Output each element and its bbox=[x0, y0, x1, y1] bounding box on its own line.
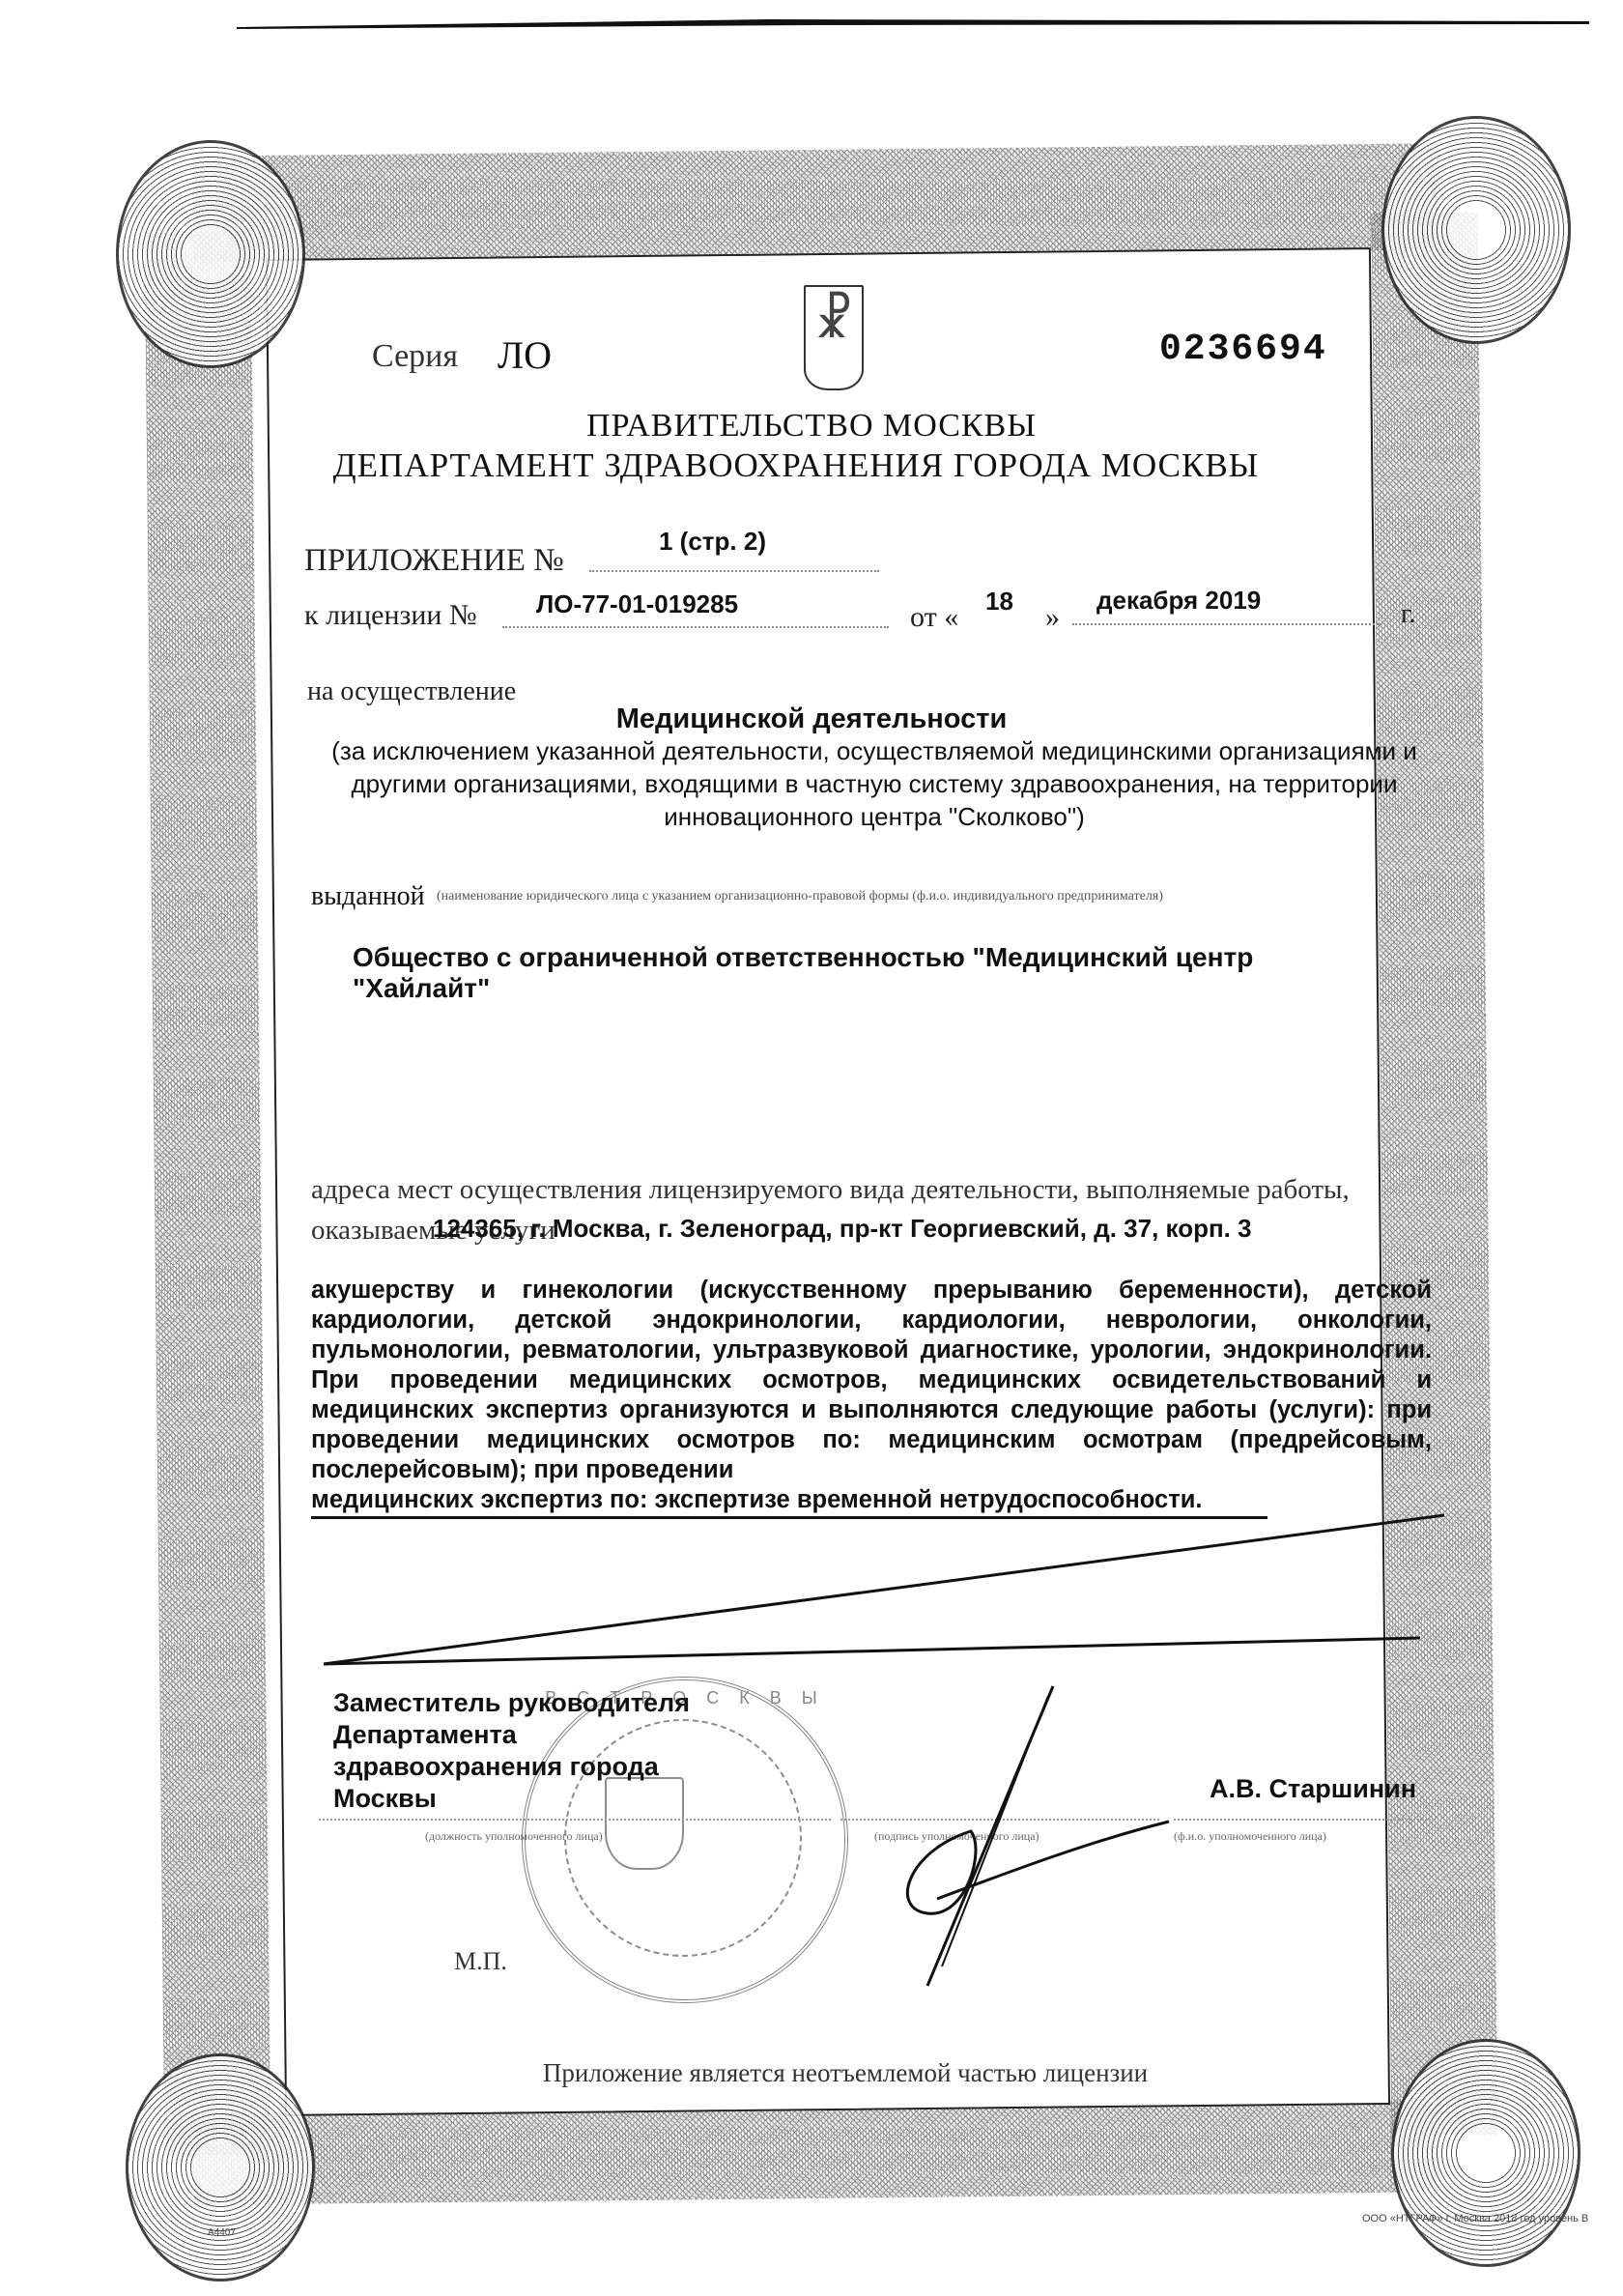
form-code: А4407 bbox=[208, 2227, 236, 2238]
government-title: ПРАВИТЕЛЬСТВО МОСКВЫ bbox=[0, 408, 1623, 445]
border-ornament-top bbox=[192, 143, 1439, 263]
signatory-position: Заместитель руководителя Департамента зд… bbox=[333, 1687, 690, 1815]
address-value: 124365, г. Москва, г. Зеленоград, пр-кт … bbox=[433, 1214, 1252, 1244]
rosette-ornament-icon bbox=[1381, 116, 1571, 344]
appendix-dotline bbox=[589, 570, 879, 572]
license-date-prefix: от « bbox=[910, 601, 958, 634]
license-day: 18 bbox=[985, 587, 1013, 617]
license-date-mid: » bbox=[1045, 601, 1060, 634]
appendix-label: ПРИЛОЖЕНИЕ № bbox=[304, 543, 564, 579]
issued-to-hint: (наименование юридического лица с указан… bbox=[437, 889, 1163, 904]
license-dotline bbox=[502, 626, 889, 628]
border-ornament-left bbox=[145, 231, 271, 2155]
activity-name: Медицинской деятельности bbox=[0, 703, 1623, 735]
activity-note: (за исключением указанной деятельности, … bbox=[295, 734, 1454, 833]
series-label: Серия bbox=[372, 338, 458, 375]
license-year-suffix: г. bbox=[1401, 599, 1415, 630]
appendix-number: 1 (стр. 2) bbox=[659, 527, 766, 557]
serial-number: 0236694 bbox=[1159, 329, 1327, 370]
coat-of-arms-icon: ☧ bbox=[804, 285, 864, 390]
footer-note: Приложение является неотъемлемой частью … bbox=[34, 2058, 1623, 2088]
rosette-ornament-icon bbox=[116, 140, 305, 368]
series-value: ЛО bbox=[498, 332, 552, 378]
position-hint: (должность уполномоченного лица) bbox=[425, 1829, 603, 1844]
license-label: к лицензии № bbox=[304, 599, 477, 632]
license-number: ЛО-77-01-019285 bbox=[536, 589, 738, 619]
stamp-mark: М.П. bbox=[454, 1947, 507, 1976]
printer-imprint: ООО «НТГРАФ» г. Москва 2018 год уровень … bbox=[1362, 2213, 1588, 2224]
services-list: акушерству и гинекологии (искусственному… bbox=[311, 1276, 1432, 1485]
department-title: ДЕПАРТАМЕНТ ЗДРАВООХРАНЕНИЯ ГОРОДА МОСКВ… bbox=[0, 446, 1608, 485]
services-last-line: медицинских экспертиз по: экспертизе вре… bbox=[311, 1486, 1267, 1519]
issued-to-label: выданной bbox=[311, 881, 425, 912]
license-date-dotline bbox=[1072, 623, 1381, 625]
license-month-year: декабря 2019 bbox=[1096, 586, 1261, 616]
handwritten-signature bbox=[850, 1677, 1217, 1995]
signatory-name: А.В. Старшинин bbox=[1210, 1774, 1416, 1804]
border-ornament-bottom bbox=[193, 2100, 1440, 2205]
scan-artifact-line bbox=[237, 15, 1589, 29]
position-dotline bbox=[319, 1819, 831, 1821]
organization-name: Общество с ограниченной ответственностью… bbox=[353, 942, 1386, 1004]
